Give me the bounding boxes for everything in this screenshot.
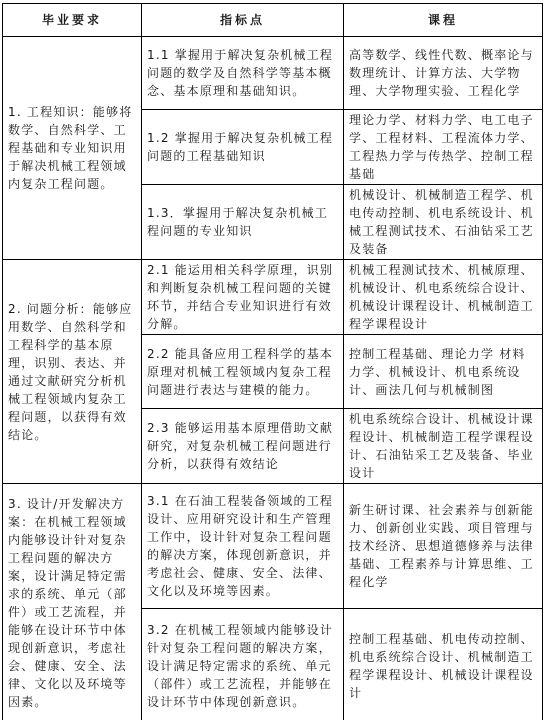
table-row: 2. 问题分析：能够应用数学、自然科学和工程科学的基本原理，识别、表达、并通过文… — [3, 260, 543, 335]
indicator-cell: 2.2 能具备应用工程科学的基本原理对机械工程领域内复杂工程问题进行表达与建模的… — [142, 335, 344, 409]
indicator-cell: 3.2 在机械工程领域内能够设计针对复杂工程问题的解决方案，设计满足特定需求的系… — [142, 609, 344, 720]
courses-cell: 理论力学、材料力学、电工电子学、工程材料、工程流体力学、工程热力学与传热学、控制… — [344, 110, 543, 185]
table-row: 1. 工程知识：能够将数学、自然科学、工程基础和专业知识用于解决机械工程领域内复… — [3, 37, 543, 110]
indicator-cell: 1.2 掌握用于解决复杂机械工程问题的工程基础知识 — [142, 110, 344, 185]
courses-cell: 高等数学、线性代数、概率论与数理统计、计算方法、大学物理、大学物理实验、工程化学 — [344, 37, 543, 110]
indicator-cell: 2.1 能运用相关科学原理，识别和判断复杂机械工程问题的关键环节，并结合专业知识… — [142, 260, 344, 335]
courses-cell: 机械工程测试技术、机械原理、机械设计、机电系统综合设计、机械设计课程设计、机械制… — [344, 260, 543, 335]
header-row: 毕业要求 指标点 课程 — [3, 4, 543, 37]
requirement-cell: 2. 问题分析：能够应用数学、自然科学和工程科学的基本原理，识别、表达、并通过文… — [3, 260, 142, 484]
header-requirement: 毕业要求 — [3, 4, 142, 37]
header-courses: 课程 — [344, 4, 543, 37]
requirement-cell: 1. 工程知识：能够将数学、自然科学、工程基础和专业知识用于解决机械工程领域内复… — [3, 37, 142, 260]
header-indicator: 指标点 — [142, 4, 344, 37]
indicator-cell: 2.3 能够运用基本原理借助文献研究，对复杂机械工程问题进行分析，以获得有效结论 — [142, 409, 344, 484]
courses-cell: 机械设计、机械制造工程学、机电传动控制、机电系统设计、机械工程测试技术、石油钻采… — [344, 185, 543, 260]
table-row: 3. 设计/开发解决方案：在机械工程领域内能够设计针对复杂工程问题的解决方案，设… — [3, 484, 543, 609]
indicator-cell: 1.3．掌握用于解决复杂机械工程问题的专业知识 — [142, 185, 344, 260]
graduation-requirements-table: 毕业要求 指标点 课程 1. 工程知识：能够将数学、自然科学、工程基础和专业知识… — [2, 3, 543, 720]
requirement-cell: 3. 设计/开发解决方案：在机械工程领域内能够设计针对复杂工程问题的解决方案，设… — [3, 484, 142, 720]
courses-cell: 控制工程基础、机电传动控制、机电系统综合设计、机械制造工程学课程设计、机械设计课… — [344, 609, 543, 720]
courses-cell: 控制工程基础、理论力学 材料力学、机械设计、机电系统设计、画法几何与机械制图 — [344, 335, 543, 409]
indicator-cell: 1.1 掌握用于解决复杂机械工程问题的数学及自然科学等基本概念、基本原理和基础知… — [142, 37, 344, 110]
indicator-cell: 3.1 在石油工程装备领域的工程设计、应用研究设计和生产管理工作中，设计针对复杂… — [142, 484, 344, 609]
courses-cell: 新生研讨课、社会素养与创新能力、创新创业实践、项目管理与技术经济、思想道德修养与… — [344, 484, 543, 609]
courses-cell: 机电系统综合设计、机械设计课程设计、机械制造工程学课程设计、石油钻采工艺及装备、… — [344, 409, 543, 484]
